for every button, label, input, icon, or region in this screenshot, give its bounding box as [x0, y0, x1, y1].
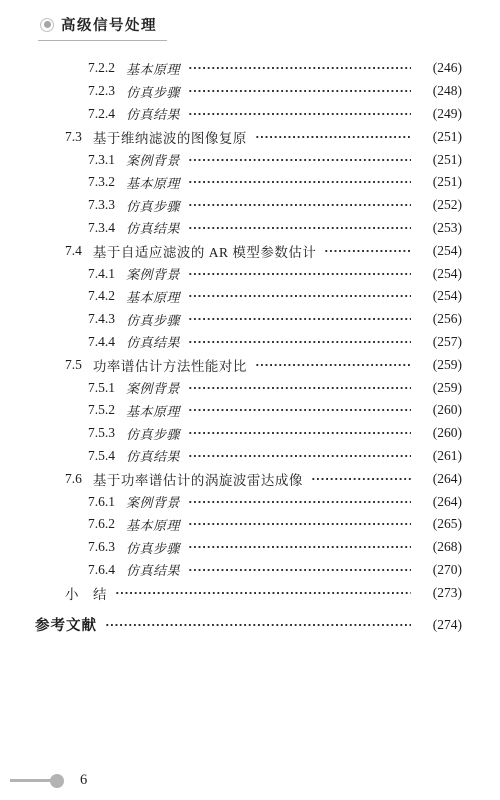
toc-entry-page: (257): [416, 334, 462, 350]
toc-entry-page: (259): [416, 380, 462, 396]
toc-entry-title: 基本原理: [126, 59, 180, 78]
toc-entry-number: 7.4: [65, 243, 82, 259]
toc-entry-number: 7.3.4: [88, 220, 115, 236]
toc-entry-page: (254): [416, 243, 462, 259]
toc-entry-number: 7.2.3: [88, 83, 115, 99]
dot-leader: [188, 426, 411, 440]
toc-entry-title: 基本原理: [126, 401, 180, 420]
toc-entry-title: 仿真结果: [126, 446, 180, 465]
dot-leader: [188, 381, 411, 395]
toc-entry: 7.6.3仿真步骤(268): [35, 536, 462, 559]
dot-leader: [188, 495, 411, 509]
toc-entry: 7.5.4仿真结果(261): [35, 445, 462, 468]
page-footer: 6: [10, 772, 87, 789]
toc-entry: 7.6.4仿真结果(270): [35, 559, 462, 582]
dot-leader: [188, 107, 411, 121]
toc-entry-number: 7.5.2: [88, 402, 115, 418]
toc-entry-page: (274): [416, 617, 462, 633]
dot-leader: [311, 472, 411, 486]
dot-leader: [188, 175, 411, 189]
toc-entry-title: 案例背景: [126, 150, 180, 169]
toc-entry-page: (265): [416, 516, 462, 532]
toc-entry-number: 7.4.1: [88, 266, 115, 282]
toc-entry-title: 仿真步骤: [126, 196, 180, 215]
header-bullet-ring-icon: [40, 18, 54, 32]
toc-entry-number: 7.3.2: [88, 174, 115, 190]
toc-entry-number: 7.5.3: [88, 425, 115, 441]
toc-entry-title: 仿真步骤: [126, 82, 180, 101]
toc-entry-page: (273): [416, 585, 462, 601]
toc-entry-title: 基于自适应滤波的 AR 模型参数估计: [93, 241, 317, 261]
toc-entry: 7.2.2基本原理(246): [35, 57, 462, 80]
toc-entry-title: 参考文献: [35, 614, 97, 635]
dot-leader: [115, 586, 411, 600]
dot-leader: [188, 61, 411, 75]
toc-entry-title: 仿真步骤: [126, 310, 180, 329]
toc-entry-title: 仿真结果: [126, 560, 180, 579]
toc-entry: 7.4.2基本原理(254): [35, 285, 462, 308]
toc-entry-number: 7.6: [65, 471, 82, 487]
toc-entry-page: (264): [416, 494, 462, 510]
toc-entry-title: 仿真步骤: [126, 538, 180, 557]
toc-entry: 7.2.3仿真步骤(248): [35, 80, 462, 103]
dot-leader: [324, 244, 411, 258]
toc-entry-page: (270): [416, 562, 462, 578]
toc-entry: 小 结(273): [35, 581, 462, 604]
dot-leader: [105, 618, 411, 632]
toc-entry-title: 仿真结果: [126, 218, 180, 237]
footer-dot-icon: [50, 774, 64, 788]
toc-entry: 7.3.4仿真结果(253): [35, 217, 462, 240]
dot-leader: [188, 403, 411, 417]
toc-entry-page: (251): [416, 152, 462, 168]
toc-entry-page: (256): [416, 311, 462, 327]
toc-entry-title: 基本原理: [126, 287, 180, 306]
toc-entry-page: (261): [416, 448, 462, 464]
toc-entry-page: (254): [416, 288, 462, 304]
dot-leader: [188, 198, 411, 212]
toc-entry: 7.4.3仿真步骤(256): [35, 308, 462, 331]
toc-entry-title: 仿真结果: [126, 332, 180, 351]
dot-leader: [255, 130, 411, 144]
toc-entry-page: (268): [416, 539, 462, 555]
toc-entry: 参考文献(274): [35, 613, 462, 636]
dot-leader: [188, 221, 411, 235]
toc-entry-page: (260): [416, 402, 462, 418]
toc-entry-number: 7.5: [65, 357, 82, 373]
toc-entry-number: 7.2.4: [88, 106, 115, 122]
toc-entry-title: 功率谱估计方法性能对比: [93, 355, 247, 375]
toc-entry-title: 案例背景: [126, 492, 180, 511]
dot-leader: [188, 540, 411, 554]
toc-entry: 7.4基于自适应滤波的 AR 模型参数估计(254): [35, 239, 462, 262]
toc-entry-page: (249): [416, 106, 462, 122]
page-header: 高级信号处理: [38, 14, 167, 41]
toc-entry: 7.6.1案例背景(264): [35, 490, 462, 513]
toc-entry-page: (264): [416, 471, 462, 487]
dot-leader: [188, 153, 411, 167]
toc-entry: 7.3.2基本原理(251): [35, 171, 462, 194]
toc-entry: 7.2.4仿真结果(249): [35, 103, 462, 126]
toc-entry-page: (254): [416, 266, 462, 282]
toc-entry-page: (246): [416, 60, 462, 76]
toc-entry-number: 7.3.1: [88, 152, 115, 168]
toc-entry-number: 7.6.2: [88, 516, 115, 532]
toc-entry-page: (259): [416, 357, 462, 373]
toc-entry: 7.3.1案例背景(251): [35, 148, 462, 171]
toc-entry-page: (252): [416, 197, 462, 213]
book-toc-page: 高级信号处理 7.2.2基本原理(246)7.2.3仿真步骤(248)7.2.4…: [0, 0, 500, 800]
toc-entry-title: 案例背景: [126, 264, 180, 283]
folio-page-number: 6: [80, 772, 87, 789]
toc-entry-title: 仿真步骤: [126, 424, 180, 443]
dot-leader: [188, 267, 411, 281]
dot-leader: [188, 449, 411, 463]
toc-entry-title: 小 结: [65, 583, 107, 603]
dot-leader: [255, 358, 411, 372]
toc-entry-number: 7.3.3: [88, 197, 115, 213]
toc-entry-page: (251): [416, 129, 462, 145]
toc-entry: 7.5功率谱估计方法性能对比(259): [35, 353, 462, 376]
toc-entry-number: 7.4.2: [88, 288, 115, 304]
toc-entry-page: (253): [416, 220, 462, 236]
dot-leader: [188, 563, 411, 577]
dot-leader: [188, 312, 411, 326]
toc-entry-number: 7.6.4: [88, 562, 115, 578]
dot-leader: [188, 335, 411, 349]
toc-entry-title: 基本原理: [126, 173, 180, 192]
toc-entry-number: 7.3: [65, 129, 82, 145]
toc-entry-number: 7.2.2: [88, 60, 115, 76]
toc-entry-number: 7.4.4: [88, 334, 115, 350]
dot-leader: [188, 289, 411, 303]
toc-entry: 7.4.1案例背景(254): [35, 262, 462, 285]
toc-entry-title: 基本原理: [126, 515, 180, 534]
toc-entry-number: 7.6.3: [88, 539, 115, 555]
dot-leader: [188, 84, 411, 98]
toc-entry: 7.6.2基本原理(265): [35, 513, 462, 536]
toc-entry: 7.3基于维纳滤波的图像复原(251): [35, 125, 462, 148]
toc-list: 7.2.2基本原理(246)7.2.3仿真步骤(248)7.2.4仿真结果(24…: [35, 57, 462, 636]
toc-entry-title: 案例背景: [126, 378, 180, 397]
toc-entry-number: 7.4.3: [88, 311, 115, 327]
dot-leader: [188, 517, 411, 531]
running-head-book-title: 高级信号处理: [61, 14, 157, 35]
toc-entry-title: 基于功率谱估计的涡旋波雷达成像: [93, 469, 303, 489]
toc-entry: 7.5.1案例背景(259): [35, 376, 462, 399]
toc-entry-page: (251): [416, 174, 462, 190]
header-bullet-dot-icon: [44, 21, 51, 28]
toc-entry-number: 7.5.4: [88, 448, 115, 464]
toc-entry-number: 7.6.1: [88, 494, 115, 510]
toc-entry: 7.6基于功率谱估计的涡旋波雷达成像(264): [35, 467, 462, 490]
toc-entry: 7.3.3仿真步骤(252): [35, 194, 462, 217]
toc-entry: 7.4.4仿真结果(257): [35, 331, 462, 354]
toc-entry: 7.5.2基本原理(260): [35, 399, 462, 422]
toc-entry-number: 7.5.1: [88, 380, 115, 396]
toc-entry-page: (248): [416, 83, 462, 99]
toc-entry: 7.5.3仿真步骤(260): [35, 422, 462, 445]
footer-rule: [10, 779, 52, 782]
toc-entry-title: 基于维纳滤波的图像复原: [93, 127, 247, 147]
toc-entry-page: (260): [416, 425, 462, 441]
toc-entry-title: 仿真结果: [126, 104, 180, 123]
